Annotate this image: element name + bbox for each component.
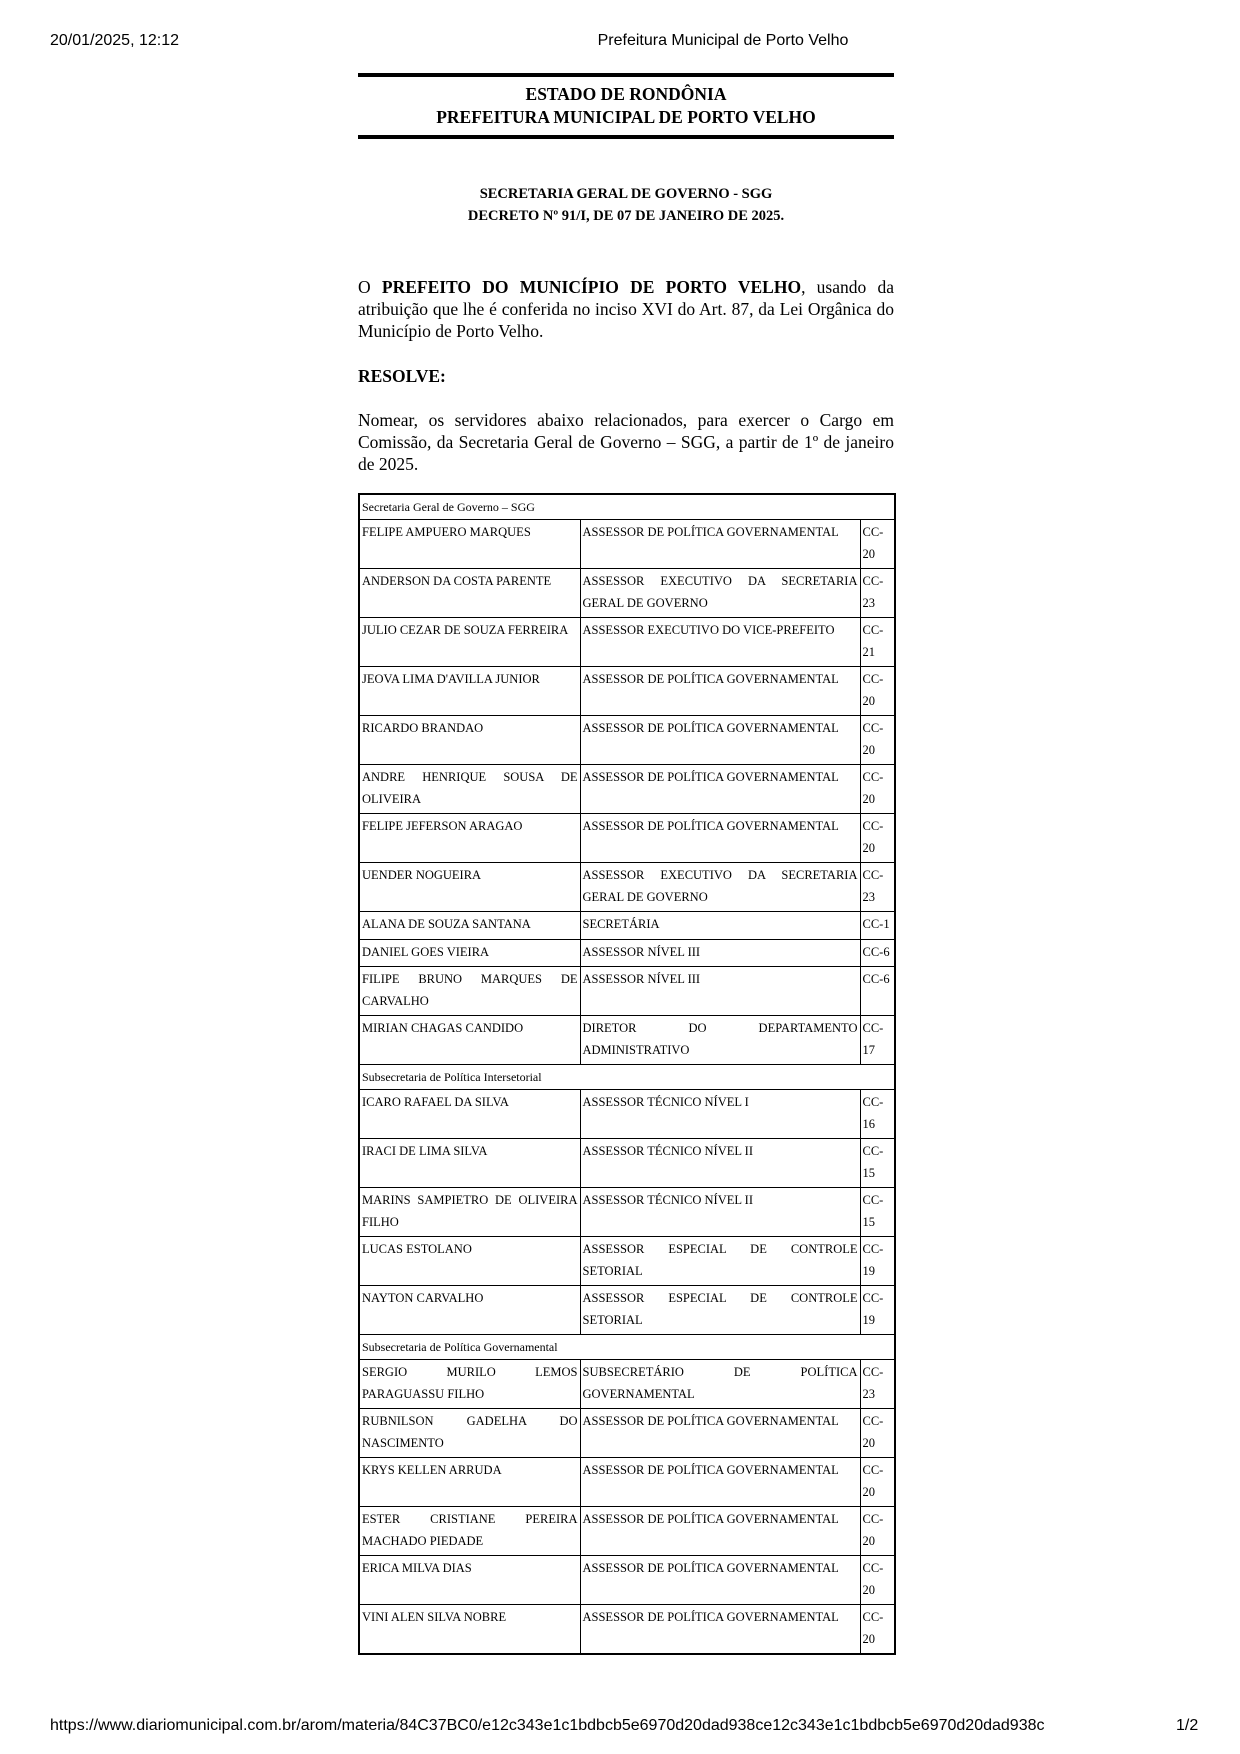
position-title: ASSESSOR DE POLÍTICA GOVERNAMENTAL	[580, 1605, 860, 1655]
table-row: MARINS SAMPIETRO DE OLIVEIRA FILHOASSESS…	[359, 1188, 895, 1237]
table-row: ERICA MILVA DIASASSESSOR DE POLÍTICA GOV…	[359, 1556, 895, 1605]
position-title: ASSESSOR DE POLÍTICA GOVERNAMENTAL	[580, 716, 860, 765]
intro-prefix: O	[358, 277, 382, 297]
decree-heading: SECRETARIA GERAL DE GOVERNO - SGG DECRET…	[358, 183, 894, 227]
print-page-title: Prefeitura Municipal de Porto Velho	[0, 32, 1240, 50]
employee-name: LUCAS ESTOLANO	[359, 1237, 580, 1286]
table-row: FILIPE BRUNO MARQUES DE CARVALHOASSESSOR…	[359, 967, 895, 1016]
position-title: ASSESSOR DE POLÍTICA GOVERNAMENTAL	[580, 520, 860, 569]
table-row: VINI ALEN SILVA NOBREASSESSOR DE POLÍTIC…	[359, 1605, 895, 1655]
position-level: CC-20	[860, 814, 895, 863]
table-row: SERGIO MURILO LEMOS PARAGUASSU FILHOSUBS…	[359, 1360, 895, 1409]
table-row: FELIPE JEFERSON ARAGAOASSESSOR DE POLÍTI…	[359, 814, 895, 863]
decree-body: Nomear, os servidores abaixo relacionado…	[358, 409, 894, 475]
position-level: CC-1	[860, 912, 895, 940]
position-level: CC-20	[860, 765, 895, 814]
position-level: CC-21	[860, 618, 895, 667]
table-row: ANDRE HENRIQUE SOUSA DE OLIVEIRAASSESSOR…	[359, 765, 895, 814]
employee-name: FILIPE BRUNO MARQUES DE CARVALHO	[359, 967, 580, 1016]
position-title: ASSESSOR DE POLÍTICA GOVERNAMENTAL	[580, 667, 860, 716]
employee-name: MIRIAN CHAGAS CANDIDO	[359, 1016, 580, 1065]
print-page-number: 1/2	[1176, 1717, 1198, 1735]
table-row: UENDER NOGUEIRAASSESSOR EXECUTIVO DA SEC…	[359, 863, 895, 912]
table-row: ICARO RAFAEL DA SILVAASSESSOR TÉCNICO NÍ…	[359, 1090, 895, 1139]
table-row: ALANA DE SOUZA SANTANASECRETÁRIACC-1	[359, 912, 895, 940]
section-title: Secretaria Geral de Governo – SGG	[359, 494, 895, 520]
employee-name: SERGIO MURILO LEMOS PARAGUASSU FILHO	[359, 1360, 580, 1409]
position-level: CC-19	[860, 1286, 895, 1335]
position-level: CC-23	[860, 863, 895, 912]
employee-name: ANDERSON DA COSTA PARENTE	[359, 569, 580, 618]
position-level: CC-20	[860, 716, 895, 765]
section-title: Subsecretaria de Política Governamental	[359, 1335, 895, 1360]
employee-name: ESTER CRISTIANE PEREIRA MACHADO PIEDADE	[359, 1507, 580, 1556]
position-title: ASSESSOR DE POLÍTICA GOVERNAMENTAL	[580, 1507, 860, 1556]
intro-authority: PREFEITO DO MUNICÍPIO DE PORTO VELHO	[382, 277, 801, 297]
employee-name: JEOVA LIMA D'AVILLA JUNIOR	[359, 667, 580, 716]
position-level: CC-23	[860, 569, 895, 618]
position-level: CC-20	[860, 1409, 895, 1458]
employee-name: ICARO RAFAEL DA SILVA	[359, 1090, 580, 1139]
print-footer: https://www.diariomunicipal.com.br/arom/…	[0, 1717, 1240, 1739]
employee-name: UENDER NOGUEIRA	[359, 863, 580, 912]
position-title: ASSESSOR TÉCNICO NÍVEL II	[580, 1188, 860, 1237]
table-row: KRYS KELLEN ARRUDAASSESSOR DE POLÍTICA G…	[359, 1458, 895, 1507]
section-row: Subsecretaria de Política Governamental	[359, 1335, 895, 1360]
employee-name: NAYTON CARVALHO	[359, 1286, 580, 1335]
section-row: Subsecretaria de Política Intersetorial	[359, 1065, 895, 1090]
position-title: SECRETÁRIA	[580, 912, 860, 940]
position-title: ASSESSOR DE POLÍTICA GOVERNAMENTAL	[580, 1409, 860, 1458]
section-title: Subsecretaria de Política Intersetorial	[359, 1065, 895, 1090]
position-title: ASSESSOR NÍVEL III	[580, 967, 860, 1016]
employee-name: FELIPE AMPUERO MARQUES	[359, 520, 580, 569]
decree-intro: O PREFEITO DO MUNICÍPIO DE PORTO VELHO, …	[358, 276, 894, 342]
position-title: DIRETOR DO DEPARTAMENTO ADMINISTRATIVO	[580, 1016, 860, 1065]
position-title: SUBSECRETÁRIO DE POLÍTICA GOVERNAMENTAL	[580, 1360, 860, 1409]
position-level: CC-23	[860, 1360, 895, 1409]
table-row: DANIEL GOES VIEIRAASSESSOR NÍVEL IIICC-6	[359, 939, 895, 967]
table-row: ESTER CRISTIANE PEREIRA MACHADO PIEDADEA…	[359, 1507, 895, 1556]
employee-name: JULIO CEZAR DE SOUZA FERREIRA	[359, 618, 580, 667]
table-row: JULIO CEZAR DE SOUZA FERREIRAASSESSOR EX…	[359, 618, 895, 667]
section-row: Secretaria Geral de Governo – SGG	[359, 494, 895, 520]
print-header: 20/01/2025, 12:12 Prefeitura Municipal d…	[0, 32, 1240, 54]
position-level: CC-15	[860, 1139, 895, 1188]
employee-name: VINI ALEN SILVA NOBRE	[359, 1605, 580, 1655]
employee-name: KRYS KELLEN ARRUDA	[359, 1458, 580, 1507]
position-level: CC-20	[860, 520, 895, 569]
position-title: ASSESSOR EXECUTIVO DO VICE-PREFEITO	[580, 618, 860, 667]
table-row: RUBNILSON GADELHA DO NASCIMENTOASSESSOR …	[359, 1409, 895, 1458]
resolve-heading: RESOLVE:	[358, 365, 894, 387]
position-level: CC-15	[860, 1188, 895, 1237]
position-title: ASSESSOR TÉCNICO NÍVEL I	[580, 1090, 860, 1139]
decree-document: ESTADO DE RONDÔNIA PREFEITURA MUNICIPAL …	[358, 73, 894, 1655]
masthead-state: ESTADO DE RONDÔNIA	[358, 83, 894, 106]
employee-name: ERICA MILVA DIAS	[359, 1556, 580, 1605]
table-row: LUCAS ESTOLANOASSESSOR ESPECIAL DE CONTR…	[359, 1237, 895, 1286]
position-title: ASSESSOR EXECUTIVO DA SECRETARIA GERAL D…	[580, 569, 860, 618]
position-title: ASSESSOR ESPECIAL DE CONTROLE SETORIAL	[580, 1286, 860, 1335]
employee-name: RUBNILSON GADELHA DO NASCIMENTO	[359, 1409, 580, 1458]
table-row: MIRIAN CHAGAS CANDIDODIRETOR DO DEPARTAM…	[359, 1016, 895, 1065]
employee-name: ALANA DE SOUZA SANTANA	[359, 912, 580, 940]
position-level: CC-17	[860, 1016, 895, 1065]
table-row: ANDERSON DA COSTA PARENTEASSESSOR EXECUT…	[359, 569, 895, 618]
print-url[interactable]: https://www.diariomunicipal.com.br/arom/…	[50, 1717, 1044, 1735]
position-title: ASSESSOR DE POLÍTICA GOVERNAMENTAL	[580, 1556, 860, 1605]
position-level: CC-6	[860, 939, 895, 967]
position-level: CC-20	[860, 1507, 895, 1556]
position-title: ASSESSOR DE POLÍTICA GOVERNAMENTAL	[580, 814, 860, 863]
appointments-table: Secretaria Geral de Governo – SGGFELIPE …	[358, 493, 896, 1655]
position-level: CC-19	[860, 1237, 895, 1286]
employee-name: RICARDO BRANDAO	[359, 716, 580, 765]
masthead-bottom-rule	[358, 135, 894, 139]
position-level: CC-20	[860, 1556, 895, 1605]
position-level: CC-16	[860, 1090, 895, 1139]
decree-department: SECRETARIA GERAL DE GOVERNO - SGG	[358, 183, 894, 205]
position-level: CC-6	[860, 967, 895, 1016]
position-title: ASSESSOR NÍVEL III	[580, 939, 860, 967]
decree-title: DECRETO Nº 91/I, DE 07 DE JANEIRO DE 202…	[358, 205, 894, 227]
table-row: RICARDO BRANDAOASSESSOR DE POLÍTICA GOVE…	[359, 716, 895, 765]
table-row: JEOVA LIMA D'AVILLA JUNIORASSESSOR DE PO…	[359, 667, 895, 716]
employee-name: MARINS SAMPIETRO DE OLIVEIRA FILHO	[359, 1188, 580, 1237]
position-title: ASSESSOR TÉCNICO NÍVEL II	[580, 1139, 860, 1188]
table-row: FELIPE AMPUERO MARQUESASSESSOR DE POLÍTI…	[359, 520, 895, 569]
position-title: ASSESSOR EXECUTIVO DA SECRETARIA GERAL D…	[580, 863, 860, 912]
masthead: ESTADO DE RONDÔNIA PREFEITURA MUNICIPAL …	[358, 77, 894, 135]
masthead-city-hall: PREFEITURA MUNICIPAL DE PORTO VELHO	[358, 106, 894, 129]
employee-name: IRACI DE LIMA SILVA	[359, 1139, 580, 1188]
position-title: ASSESSOR ESPECIAL DE CONTROLE SETORIAL	[580, 1237, 860, 1286]
position-level: CC-20	[860, 1458, 895, 1507]
employee-name: DANIEL GOES VIEIRA	[359, 939, 580, 967]
employee-name: ANDRE HENRIQUE SOUSA DE OLIVEIRA	[359, 765, 580, 814]
employee-name: FELIPE JEFERSON ARAGAO	[359, 814, 580, 863]
position-level: CC-20	[860, 667, 895, 716]
position-title: ASSESSOR DE POLÍTICA GOVERNAMENTAL	[580, 1458, 860, 1507]
table-row: NAYTON CARVALHOASSESSOR ESPECIAL DE CONT…	[359, 1286, 895, 1335]
position-title: ASSESSOR DE POLÍTICA GOVERNAMENTAL	[580, 765, 860, 814]
table-row: IRACI DE LIMA SILVAASSESSOR TÉCNICO NÍVE…	[359, 1139, 895, 1188]
position-level: CC-20	[860, 1605, 895, 1655]
